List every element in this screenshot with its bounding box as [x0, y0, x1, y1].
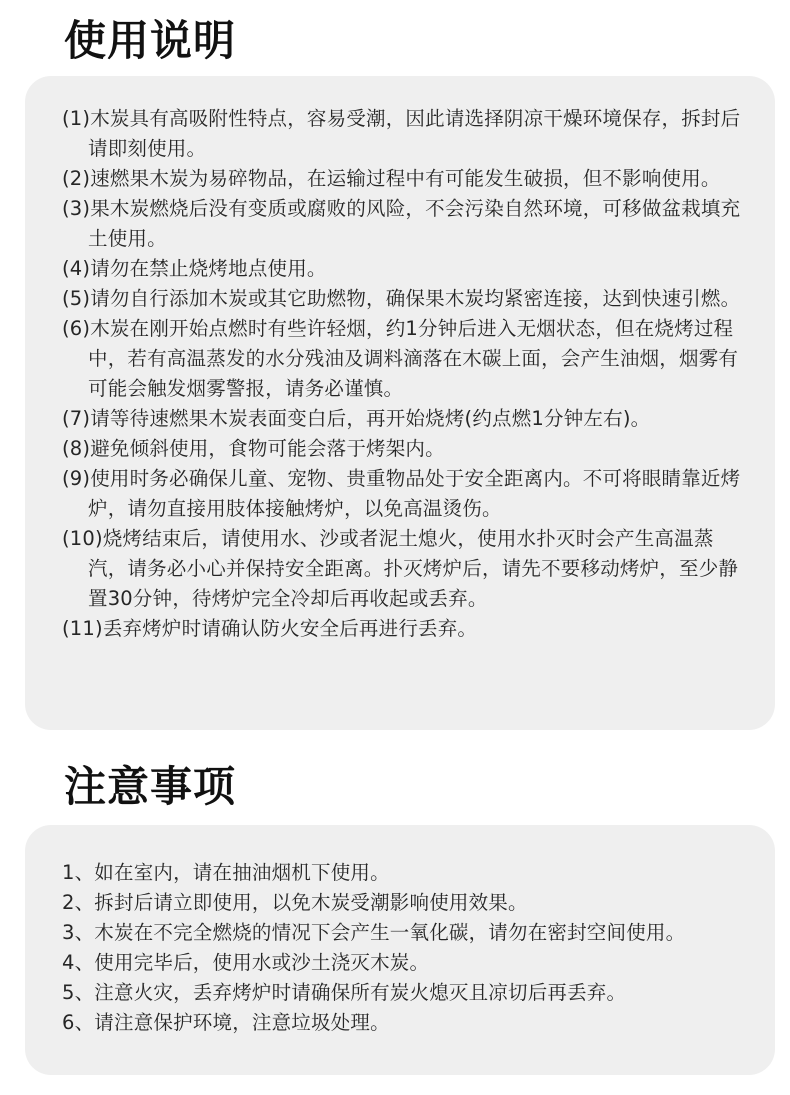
usage-item-2: (2)速燃果木炭为易碎物品，在运输过程中有可能发生破损，但不影响使用。 — [62, 164, 745, 194]
precautions-title: 注意事项 — [64, 766, 236, 808]
usage-item-9: (9)使用时务必确保儿童、宠物、贵重物品处于安全距离内。不可将眼睛靠近烤炉，请勿… — [62, 464, 745, 524]
usage-item-8: (8)避免倾斜使用，食物可能会落于烤架内。 — [62, 434, 745, 464]
usage-instructions-list: (1)木炭具有高吸附性特点，容易受潮，因此请选择阴凉干燥环境保存，拆封后请即刻使… — [62, 104, 745, 644]
precaution-item-2: 2、拆封后请立即使用，以免木炭受潮影响使用效果。 — [62, 888, 745, 918]
precautions-list: 1、如在室内，请在抽油烟机下使用。 2、拆封后请立即使用，以免木炭受潮影响使用效… — [62, 858, 745, 1038]
usage-item-5: (5)请勿自行添加木炭或其它助燃物，确保果木炭均紧密连接，达到快速引燃。 — [62, 284, 745, 314]
precaution-item-5: 5、注意火灾，丢弃烤炉时请确保所有炭火熄灭且凉切后再丢弃。 — [62, 978, 745, 1008]
usage-item-7: (7)请等待速燃果木炭表面变白后，再开始烧烤(约点燃1分钟左右)。 — [62, 404, 745, 434]
usage-item-10: (10)烧烤结束后，请使用水、沙或者泥土熄火，使用水扑灭时会产生高温蒸汽，请务必… — [62, 524, 745, 614]
usage-item-6: (6)木炭在刚开始点燃时有些许轻烟，约1分钟后进入无烟状态，但在烧烤过程中，若有… — [62, 314, 745, 404]
precaution-item-4: 4、使用完毕后，使用水或沙土浇灭木炭。 — [62, 948, 745, 978]
precautions-panel: 1、如在室内，请在抽油烟机下使用。 2、拆封后请立即使用，以免木炭受潮影响使用效… — [25, 825, 775, 1075]
usage-item-3: (3)果木炭燃烧后没有变质或腐败的风险，不会污染自然环境，可移做盆栽填充土使用。 — [62, 194, 745, 254]
usage-item-4: (4)请勿在禁止烧烤地点使用。 — [62, 254, 745, 284]
precaution-item-1: 1、如在室内，请在抽油烟机下使用。 — [62, 858, 745, 888]
usage-instructions-panel: (1)木炭具有高吸附性特点，容易受潮，因此请选择阴凉干燥环境保存，拆封后请即刻使… — [25, 76, 775, 730]
usage-item-1: (1)木炭具有高吸附性特点，容易受潮，因此请选择阴凉干燥环境保存，拆封后请即刻使… — [62, 104, 745, 164]
usage-item-11: (11)丢弃烤炉时请确认防火安全后再进行丢弃。 — [62, 614, 745, 644]
precaution-item-3: 3、木炭在不完全燃烧的情况下会产生一氧化碳，请勿在密封空间使用。 — [62, 918, 745, 948]
precaution-item-6: 6、请注意保护环境，注意垃圾处理。 — [62, 1008, 745, 1038]
usage-instructions-title: 使用说明 — [64, 20, 236, 62]
